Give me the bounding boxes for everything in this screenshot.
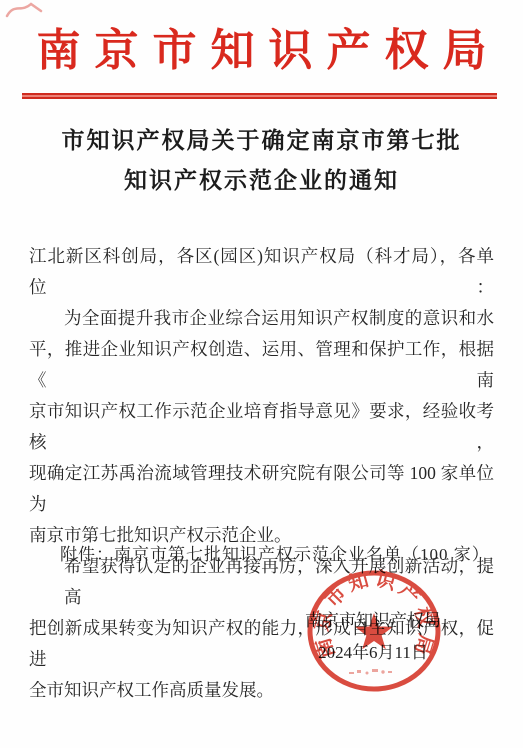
body-line: 平，推进企业知识产权创造、运用、管理和保护工作，根据《南	[29, 334, 494, 396]
document-title-line2: 知识产权示范企业的通知	[0, 161, 523, 201]
letterhead-separator-line	[22, 93, 497, 99]
attachment-note: 附件：南京市第七批知识产权示范企业名单（100 家）	[60, 543, 490, 567]
body-line: 现确定江苏禹治流域管理技术研究院有限公司等 100 家单位为	[29, 458, 494, 520]
official-seal: 南京市知识产权局	[305, 569, 443, 697]
document-title-line1: 市知识产权局关于确定南京市第七批	[0, 121, 523, 161]
agency-letterhead: 南京市知识产权局	[0, 14, 523, 78]
body-line: 京市知识产权工作示范企业培育指导意见》要求，经验收考核，	[29, 396, 494, 458]
body-line: 江北新区科创局，各区(园区)知识产权局（科才局），各单位：	[29, 241, 494, 303]
seal-code-marks	[349, 669, 392, 675]
document-page: 南京市知识产权局 市知识产权局关于确定南京市第七批 知识产权示范企业的通知 江北…	[0, 0, 523, 748]
document-title: 市知识产权局关于确定南京市第七批 知识产权示范企业的通知	[0, 121, 523, 201]
body-line: 为全面提升我市企业综合运用知识产权制度的意识和水	[29, 303, 494, 334]
seal-star-icon	[355, 613, 393, 649]
